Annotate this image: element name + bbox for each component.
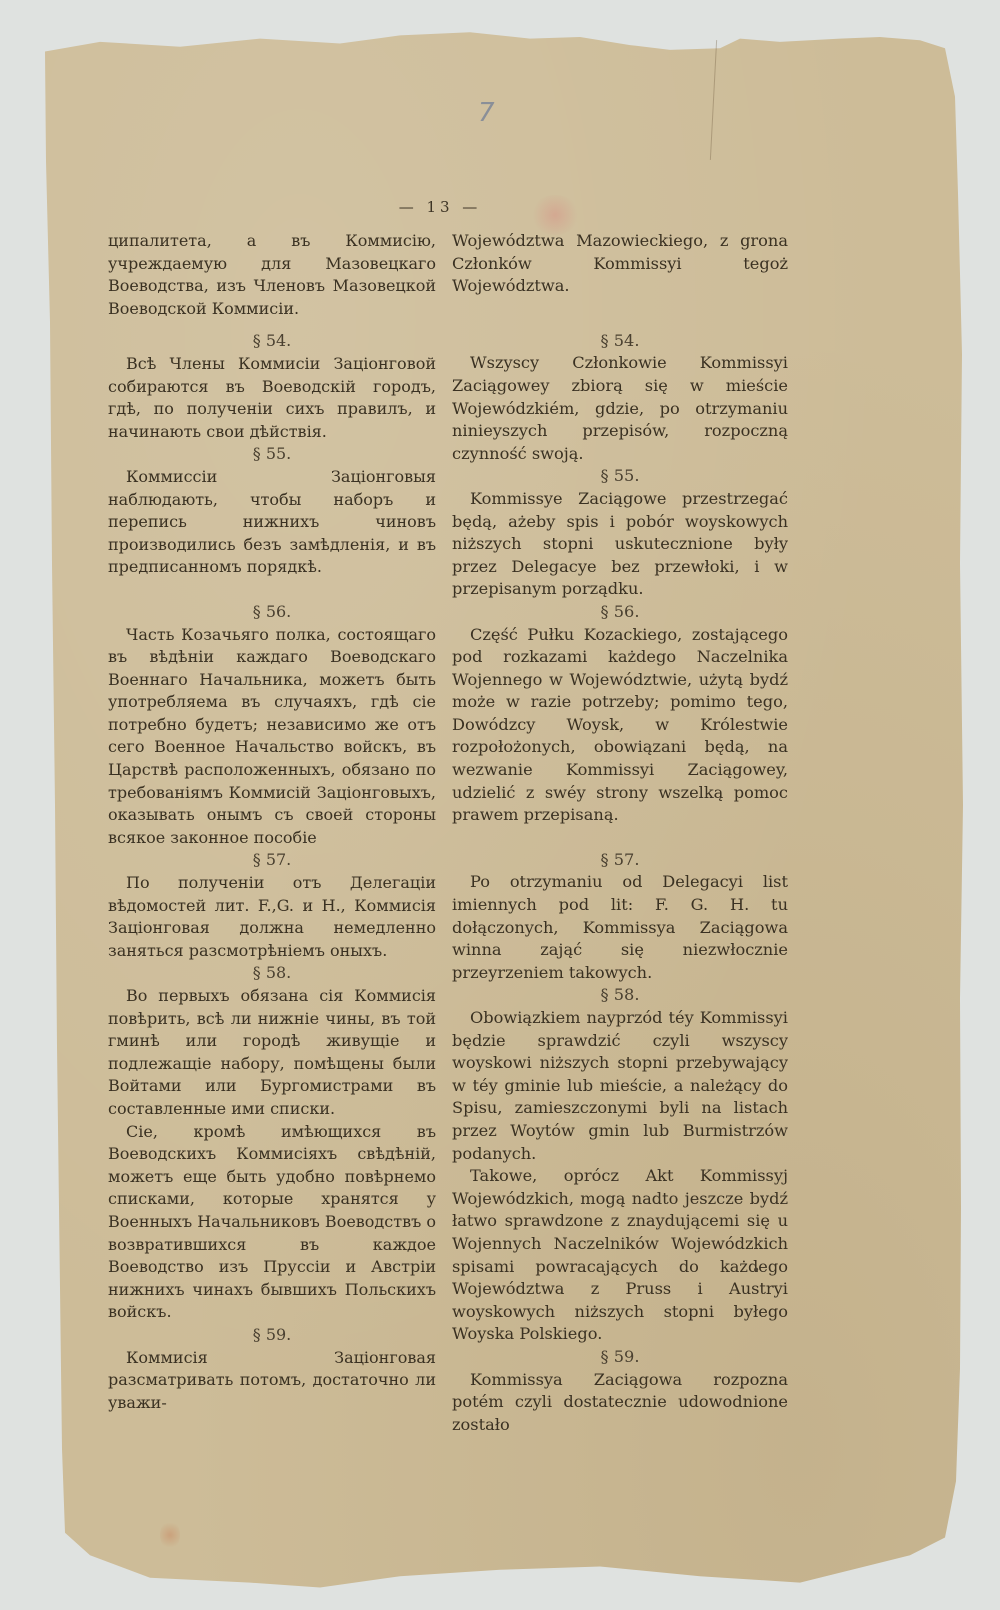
polish-column: Województwa Mazowieckiego, z grona Człon… bbox=[452, 230, 788, 1436]
section-text-58: Во первыхъ обязана сія Коммисія повѣрить… bbox=[108, 985, 436, 1121]
section-heading-57: § 57. bbox=[452, 849, 788, 872]
polish-intro: Województwa Mazowieckiego, z grona Człon… bbox=[452, 230, 788, 298]
section-text-59: Коммисія Заціонговая разсматривать потом… bbox=[108, 1347, 436, 1415]
section-heading-58: § 58. bbox=[452, 984, 788, 1007]
section-text-56: Часть Козачьяго полка, состоящаго въ вѣд… bbox=[108, 624, 436, 850]
section-heading-59: § 59. bbox=[452, 1346, 788, 1369]
section-text-56: Część Pułku Kozackiego, zostającego pod … bbox=[452, 624, 788, 827]
russian-intro: ципалитета, а въ Коммисію, учреждаемую д… bbox=[108, 230, 436, 320]
ink-speck: • bbox=[752, 1263, 760, 1279]
handwritten-folio-number: 7 bbox=[478, 98, 495, 128]
section-heading-56: § 56. bbox=[108, 601, 436, 624]
section-text-54: Всѣ Члены Коммисіи Заціонговой собираютс… bbox=[108, 353, 436, 443]
edge-stain bbox=[160, 1520, 180, 1550]
section-heading-55: § 55. bbox=[452, 465, 788, 488]
section-heading-57: § 57. bbox=[108, 849, 436, 872]
section-text-55: Коммиссіи Заціонговыя наблюдають, чтобы … bbox=[108, 466, 436, 579]
section-text-57: По полученіи отъ Делегаціи вѣдомостей ли… bbox=[108, 872, 436, 962]
section-heading-58: § 58. bbox=[108, 962, 436, 985]
section-heading-54: § 54. bbox=[452, 330, 788, 353]
section-text-58: Obowiązkiem nayprzód téy Kommissyi będzi… bbox=[452, 1007, 788, 1165]
red-stain bbox=[530, 195, 580, 235]
section-heading-59: § 59. bbox=[108, 1324, 436, 1347]
page-number: — 13 — bbox=[380, 198, 500, 216]
section-text-55: Kommissye Zaciągowe przestrzegać będą, a… bbox=[452, 488, 788, 601]
section-heading-55: § 55. bbox=[108, 443, 436, 466]
section-heading-54: § 54. bbox=[108, 330, 436, 353]
section-text-59: Kommissya Zaciągowa rozpozna potém czyli… bbox=[452, 1369, 788, 1437]
section-heading-56: § 56. bbox=[452, 601, 788, 624]
section-text-57: Po otrzymaniu od Delegacyi list imiennyc… bbox=[452, 871, 788, 984]
section-text-58-cont: Сіе, кромѣ имѣющихся въ Воеводскихъ Комм… bbox=[108, 1121, 436, 1324]
section-text-54: Wszyscy Członkowie Kommissyi Zaciągowey … bbox=[452, 352, 788, 465]
section-text-58-cont: Takowe, oprócz Akt Kommissyj Wojewódzkic… bbox=[452, 1165, 788, 1346]
russian-column: ципалитета, а въ Коммисію, учреждаемую д… bbox=[108, 230, 436, 1414]
